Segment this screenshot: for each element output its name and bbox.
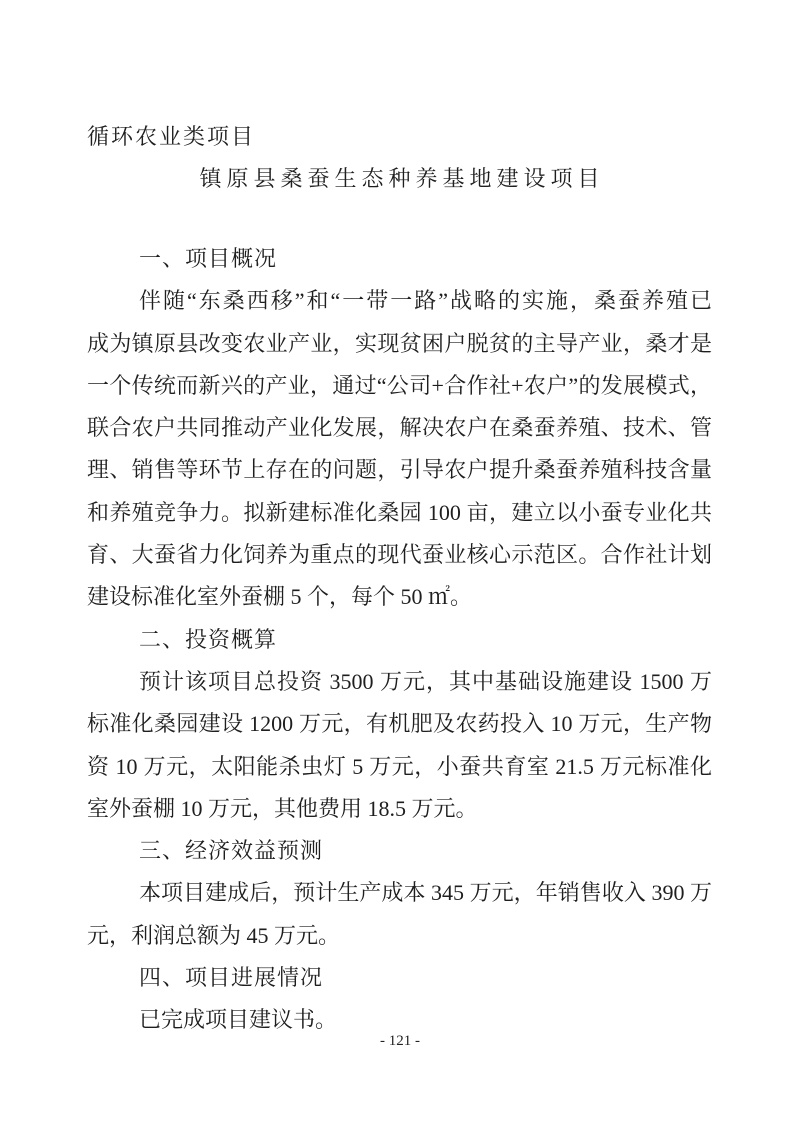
body-line: 理、销售等环节上存在的问题，引导农户提升桑蚕养殖科技含量 [87,449,712,491]
body-line: 一个传统而新兴的产业，通过“公司+合作社+农户”的发展模式， [87,365,712,407]
category-label: 循环农业类项目 [87,116,712,158]
body-line: 本项目建成后，预计生产成本 345 万元，年销售收入 390 万 [87,872,712,914]
section-heading: 二、投资概算 [87,619,712,661]
section-heading: 四、项目进展情况 [87,957,712,999]
section-heading: 三、经济效益预测 [87,830,712,872]
body-line: 育、大蚕省力化饲养为重点的现代蚕业核心示范区。合作社计划 [87,534,712,576]
document-content: 循环农业类项目 镇原县桑蚕生态种养基地建设项目 一、项目概况伴随“东桑西移”和“… [87,116,712,1042]
title-spacer [87,200,712,238]
document-body: 一、项目概况伴随“东桑西移”和“一带一路”战略的实施，桑蚕养殖已成为镇原县改变农… [87,238,712,1042]
body-line: 伴随“东桑西移”和“一带一路”战略的实施，桑蚕养殖已 [87,280,712,322]
page-number: - 121 - [0,1032,800,1050]
body-line: 预计该项目总投资 3500 万元，其中基础设施建设 1500 万元、 [87,661,712,703]
body-line: 元，利润总额为 45 万元。 [87,915,712,957]
body-line: 标准化桑园建设 1200 万元，有机肥及农药投入 10 万元，生产物 [87,703,712,745]
section-heading: 一、项目概况 [87,238,712,280]
body-line: 成为镇原县改变农业产业，实现贫困户脱贫的主导产业，桑才是 [87,323,712,365]
document-title: 镇原县桑蚕生态种养基地建设项目 [87,158,712,200]
body-line: 和养殖竞争力。拟新建标准化桑园 100 亩，建立以小蚕专业化共 [87,492,712,534]
body-line: 室外蚕棚 10 万元，其他费用 18.5 万元。 [87,788,712,830]
document-page: 循环农业类项目 镇原县桑蚕生态种养基地建设项目 一、项目概况伴随“东桑西移”和“… [0,0,800,1131]
body-line: 建设标准化室外蚕棚 5 个，每个 50 ㎡。 [87,576,712,618]
body-line: 联合农户共同推动产业化发展，解决农户在桑蚕养殖、技术、管 [87,407,712,449]
body-line: 资 10 万元，太阳能杀虫灯 5 万元，小蚕共育室 21.5 万元标准化 [87,746,712,788]
